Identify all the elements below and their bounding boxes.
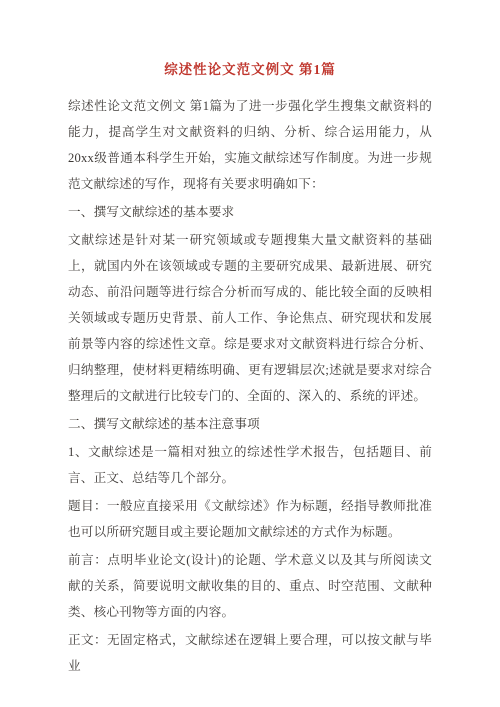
paragraph-note-title: 题目：一般应直接采用《文献综述》作为标题，经指导教师批准也可以所研究题目或主要论… [68, 493, 432, 545]
section-heading-notes: 二、撰写文献综述的基本注意事项 [68, 411, 432, 437]
paragraph-intro: 综述性论文范文例文 第1篇为了进一步强化学生搜集文献资料的能力，提高学生对文献资… [68, 93, 432, 197]
paragraph-note-foreword: 前言：点明毕业论文(设计)的论题、学术意义以及其与所阅读文献的关系，简要说明文献… [68, 547, 432, 625]
document-title: 综述性论文范文例文 第1篇 [68, 60, 432, 80]
paragraph-note-maintext: 正文：无固定格式，文献综述在逻辑上要合理，可以按文献与毕业 [68, 627, 432, 679]
section-heading-basic-requirements: 一、撰写文献综述的基本要求 [68, 199, 432, 225]
paragraph-basic-requirements-body: 文献综述是针对某一研究领域或专题搜集大量文献资料的基础上，就国内外在该领域或专题… [68, 227, 432, 409]
document-page: 综述性论文范文例文 第1篇 综述性论文范文例文 第1篇为了进一步强化学生搜集文献… [68, 0, 432, 679]
paragraph-note-structure: 1、文献综述是一篇相对独立的综述性学术报告，包括题目、前言、正文、总结等几个部分… [68, 439, 432, 491]
